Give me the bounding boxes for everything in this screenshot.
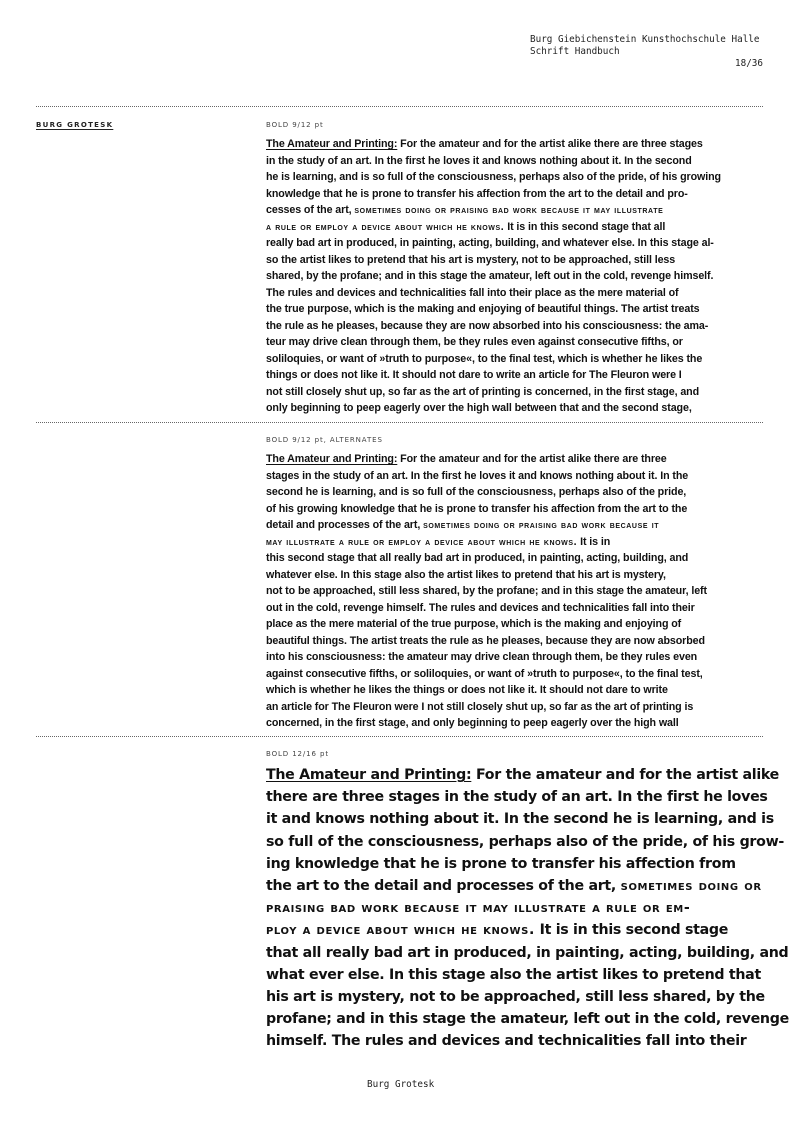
small-caps-text: SOMETIMES DOING OR PRAISING BAD WORK BEC… [354, 204, 663, 216]
sample-text: It is in this second stage [535, 922, 728, 938]
sample-line: second he is learning, and is so full of… [266, 484, 766, 501]
sample-line: beautiful things. The artist treats the … [266, 633, 766, 650]
sample-line: concerned, in the first stage, and only … [266, 715, 766, 732]
sample-line: things or does not like it. It should no… [266, 367, 766, 384]
page-number: 18/36 [530, 58, 763, 70]
sample-line: A RULE OR EMPLOY A DEVICE ABOUT WHICH HE… [266, 219, 766, 236]
sample-line: not still closely shut up, so far as the… [266, 384, 766, 401]
sample-text: cesses of the art, [266, 204, 354, 216]
sample-line: there are three stages in the study of a… [266, 786, 766, 808]
sample-line: The Amateur and Printing: For the amateu… [266, 764, 766, 786]
sample-line: shared, by the profane; and in this stag… [266, 268, 766, 285]
sample-line: PRAISING BAD WORK BECAUSE IT MAY ILLUSTR… [266, 897, 766, 919]
sample-line: teur may drive clean through them, be th… [266, 334, 766, 351]
sample-line: only beginning to peep eagerly over the … [266, 400, 766, 417]
institution-name: Burg Giebichenstein Kunsthochschule Hall… [530, 34, 760, 45]
sample-line: profane; and in this stage the amateur, … [266, 1008, 766, 1030]
small-caps-text: A RULE OR EMPLOY A DEVICE ABOUT WHICH HE… [266, 221, 504, 233]
sample-spec-bold-9-12-alternates: BOLD 9/12 pt, ALTERNATES [266, 436, 383, 444]
sample-line: The rules and devices and technicalities… [266, 285, 766, 302]
sample-line: this second stage that all really bad ar… [266, 550, 766, 567]
sample-line: against consecutive fifths, or soliloqui… [266, 666, 766, 683]
sample-line: himself. The rules and devices and techn… [266, 1030, 766, 1052]
sample-line: his art is mystery, not to be approached… [266, 986, 766, 1008]
sample-line: stages in the study of an art. In the fi… [266, 468, 766, 485]
text-sample-bold-9-12: The Amateur and Printing: For the amateu… [266, 136, 766, 417]
sample-line: he is learning, and is so full of the co… [266, 169, 766, 186]
sample-text: For the amateur and for the artist alike… [397, 453, 666, 465]
sample-line: into his consciousness: the amateur may … [266, 649, 766, 666]
divider-bottom [36, 736, 763, 737]
page-footer: Burg Grotesk [367, 1079, 434, 1090]
sample-line: it and knows nothing about it. In the se… [266, 808, 766, 830]
sample-line: detail and processes of the art, SOMETIM… [266, 517, 766, 534]
sample-text: the art to the detail and processes of t… [266, 878, 621, 894]
small-caps-text: PLOY A DEVICE ABOUT WHICH HE KNOWS. [266, 922, 535, 938]
sample-line: the art to the detail and processes of t… [266, 875, 766, 897]
text-sample-bold-9-12-alternates: The Amateur and Printing: For the amateu… [266, 451, 766, 732]
divider-top [36, 106, 763, 107]
sample-text: detail and processes of the art, [266, 519, 423, 531]
sample-text: For the amateur and for the artist alike [471, 767, 779, 783]
typeface-section-label: BURG GROTESK [36, 121, 113, 129]
sample-line: The Amateur and Printing: For the amateu… [266, 136, 766, 153]
sample-line: place as the mere material of the true p… [266, 616, 766, 633]
sample-line: PLOY A DEVICE ABOUT WHICH HE KNOWS. It i… [266, 919, 766, 941]
sample-line: of his growing knowledge that he is pron… [266, 501, 766, 518]
sample-line: that all really bad art in produced, in … [266, 942, 766, 964]
sample-line: the true purpose, which is the making an… [266, 301, 766, 318]
sample-line: whatever else. In this stage also the ar… [266, 567, 766, 584]
sample-title: The Amateur and Printing: [266, 767, 471, 783]
sample-line: so full of the consciousness, perhaps al… [266, 831, 766, 853]
sample-line: out in the cold, revenge himself. The ru… [266, 600, 766, 617]
sample-text: For the amateur and for the artist alike… [397, 138, 702, 150]
sample-title: The Amateur and Printing: [266, 453, 397, 465]
sample-line: The Amateur and Printing: For the amateu… [266, 451, 766, 468]
sample-line: ing knowledge that he is prone to transf… [266, 853, 766, 875]
sample-line: which is whether he likes the things or … [266, 682, 766, 699]
sample-text: It is in [577, 536, 610, 548]
sample-spec-bold-12-16: BOLD 12/16 pt [266, 750, 329, 758]
small-caps-text: MAY ILLUSTRATE A RULE OR EMPLOY A DEVICE… [266, 536, 577, 548]
sample-line: knowledge that he is prone to transfer h… [266, 186, 766, 203]
sample-line: an article for The Fleuron were I not st… [266, 699, 766, 716]
sample-line: MAY ILLUSTRATE A RULE OR EMPLOY A DEVICE… [266, 534, 766, 551]
sample-line: cesses of the art, SOMETIMES DOING OR PR… [266, 202, 766, 219]
sample-line: the rule as he pleases, because they are… [266, 318, 766, 335]
sample-line: not to be approached, still less shared,… [266, 583, 766, 600]
divider-middle [36, 422, 763, 423]
sample-line: so the artist likes to pretend that his … [266, 252, 766, 269]
sample-text: It is in this second stage that all [504, 221, 665, 233]
sample-spec-bold-9-12: BOLD 9/12 pt [266, 121, 324, 129]
small-caps-text: SOMETIMES DOING OR [621, 878, 762, 894]
sample-line: in the study of an art. In the first he … [266, 153, 766, 170]
sample-line: what ever else. In this stage also the a… [266, 964, 766, 986]
sample-line: soliloquies, or want of »truth to purpos… [266, 351, 766, 368]
text-sample-bold-12-16: The Amateur and Printing: For the amateu… [266, 764, 766, 1053]
sample-title: The Amateur and Printing: [266, 138, 397, 150]
page-header: Burg Giebichenstein Kunsthochschule Hall… [530, 34, 763, 70]
publication-title: Schrift Handbuch [530, 46, 620, 57]
sample-line: really bad art in produced, in painting,… [266, 235, 766, 252]
small-caps-text: SOMETIMES DOING OR PRAISING BAD WORK BEC… [423, 519, 659, 531]
